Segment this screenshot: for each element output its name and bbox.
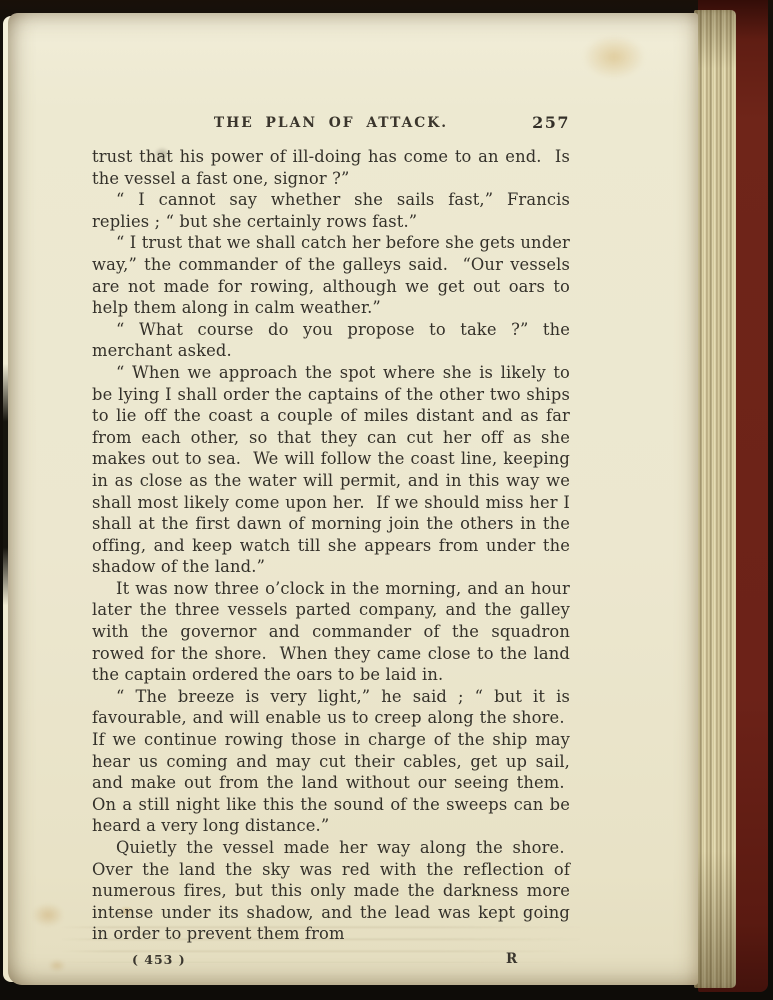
paragraph: Quietly the vessel made her way along th… [92,837,570,945]
page-footer: ( 453 ) R [92,952,570,972]
body-text: trust that his power of ill-doing has co… [92,146,570,945]
printers-mark: R [506,951,517,967]
paragraph: “ I cannot say whether she sails fast,” … [92,189,570,232]
running-header-title: THE PLAN OF ATTACK. [92,115,570,131]
page-stain [32,903,64,927]
paragraph: “ The breeze is very light,” he said ; “… [92,686,570,837]
paragraph: “ What course do you propose to take ?” … [92,319,570,362]
paragraph: “ When we approach the spot where she is… [92,362,570,578]
signature-number: ( 453 ) [132,952,186,967]
page-stain [48,959,66,972]
paragraph: trust that his power of ill-doing has co… [92,146,570,189]
page-text: THE PLAN OF ATTACK. 257 trust that his p… [92,115,570,972]
book-page: THE PLAN OF ATTACK. 257 trust that his p… [8,13,698,985]
page-number: 257 [532,113,570,132]
page-stain [583,35,645,79]
paragraph: “ I trust that we shall catch her before… [92,232,570,318]
page-edge-stack [694,10,736,988]
paragraph: It was now three o’clock in the morning,… [92,578,570,686]
book-scan: THE PLAN OF ATTACK. 257 trust that his p… [0,0,773,1000]
running-header: THE PLAN OF ATTACK. 257 [92,115,570,135]
